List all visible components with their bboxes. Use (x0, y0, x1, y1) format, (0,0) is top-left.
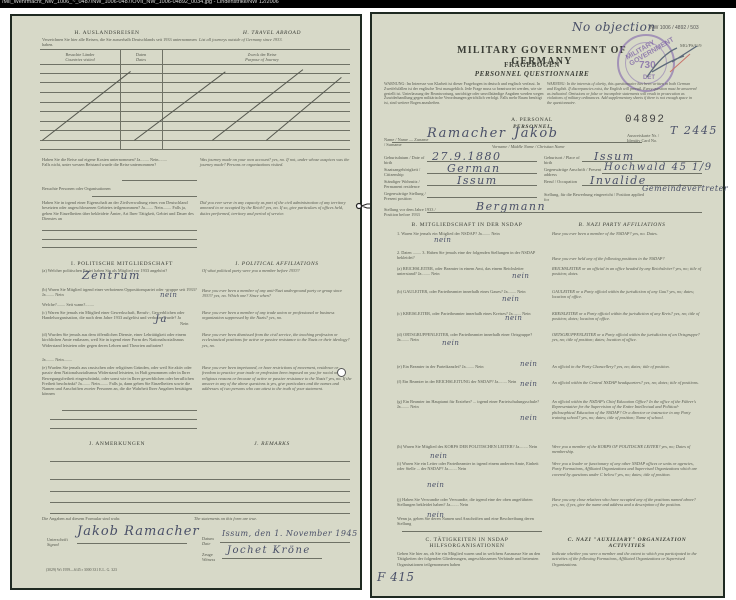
answer-b3g: nein (520, 414, 537, 422)
question-b3d-en: ORTSGRUPPENLEITER or a Party official wi… (552, 332, 702, 343)
occupation-label: Beruf / Occupation (544, 179, 584, 184)
address-value: Hochwald 45 1/9 (604, 162, 713, 173)
question-b3i-de: (i) Waren Sie ein Leiter oder Parteibeam… (397, 461, 542, 472)
section-a-title-de: A. PERSONAL (492, 117, 572, 123)
question-id-en: Have you ever been dismissed from the ci… (202, 332, 352, 348)
answer-b3e: nein (520, 360, 537, 368)
question-b1-en: Have you ever been a member of the NSDAP… (552, 231, 702, 236)
question-id-de: (d) Wurden Sie jemals aus dem öffentlich… (42, 332, 197, 348)
form-subtitle-de: FRAGEBOGEN (482, 61, 582, 69)
own-account-question-de: Haben Sie die Reise auf eigene Kosten un… (42, 157, 172, 168)
answer-b1: nein (434, 236, 451, 244)
question-b3f-en: An official within the Central NSDAP hea… (552, 380, 702, 385)
section-c-intro-de: Geben Sie hier an, ob Sie ein Mitglied w… (397, 551, 542, 567)
question-b3h-de: (h) Waren Sie Mitglied des KORPS DER POL… (397, 444, 542, 449)
question-b3e-en: An official in the Party Chancellery? ye… (552, 364, 702, 369)
section-c-title-de: C. TÄTIGKEITEN IN NSDAP HILFSORGANISATIO… (397, 537, 537, 549)
answer-ic: Ja (155, 314, 168, 325)
warning-text-en: WARNING: In the interests of clarity, th… (547, 82, 697, 106)
window-titlebar: /Mil_Wehrmacht_NW_1006_~_0487/NW_1006-04… (0, 0, 736, 8)
visited-persons-label: Besuchte Personen oder Organisationen (42, 186, 122, 191)
question-b3d-de: (d) ORTSGRUPPENLEITER, oder Parteibeamte… (397, 332, 542, 343)
truth-statement-en: The statements on this form are true. (194, 516, 344, 521)
col-countries: Besuchte LänderCountries visited (50, 52, 110, 63)
section-h-title-en: H. TRAVEL ABROAD (212, 30, 332, 36)
section-j-title-en: J. REMARKS (232, 441, 312, 447)
answer-b3b: nein (502, 295, 519, 303)
question-ia-en: Of what political party were you a membe… (202, 268, 352, 273)
question-b3j-de: (j) Haben Sie Verwandte oder Verwandte, … (397, 497, 542, 508)
question-b3j-en: Have you any close relatives who have oc… (552, 497, 702, 508)
questionnaire-back-page: H. AUSLANDSREISEN H. TRAVEL ABROAD Verze… (10, 14, 362, 590)
question-b3c-en: KREISLEITER or a Party official within t… (552, 311, 702, 322)
section-c-title-en: C. NAZI "AUXILIARY" ORGANIZATION ACTIVIT… (552, 537, 702, 549)
punch-hole (337, 368, 346, 377)
section-h-intro-de: Verzeichnen Sie hier alle Reisen, die Si… (42, 37, 202, 48)
question-ie-en: Have you ever been imprisoned, or have r… (202, 365, 352, 391)
answer-b3d: nein (442, 339, 459, 347)
question-ic-de: (c) Waren Sie jemals ein Mitglied einer … (42, 310, 197, 321)
question-b2-de: 2. Daten ........ 3. Haben Sie jemals ei… (397, 250, 542, 261)
reference-number: NW 1006 / 4892 / 503 (650, 26, 699, 31)
civil-admin-question-en: Did you ever serve in any capacity as pa… (200, 200, 350, 216)
margin-note: F 415 (377, 570, 415, 584)
truth-statement-de: Die Angaben auf diesem Formular sind wah… (42, 516, 192, 521)
signature: Jakob Ramacher (77, 524, 200, 539)
section-c-intro-en: Indicate whether you were a member and t… (552, 551, 702, 567)
section-b-title-de: B. MITGLIEDSCHAFT IN DER NSDAP (397, 222, 537, 228)
section-j-title-de: J. ANMERKUNGEN (72, 441, 162, 447)
date-label: DatumDate (202, 536, 222, 547)
answer-ic-nein: Nein (180, 321, 188, 326)
question-ie-de: (e) Wurden Sie jemals aus rassischen ode… (42, 365, 197, 397)
question-b2-en: Have you ever held any of the following … (552, 256, 702, 261)
question-b3i-en: Were you a leader or functionary of any … (552, 461, 702, 477)
print-code: (3029) Wt 1959—6/45 r 3000 331 E.L. G. 3… (46, 568, 196, 573)
dob-label: Geburtsdatum / Date of birth (384, 155, 429, 166)
handwritten-no-objection: No objection (572, 20, 656, 34)
applied-position-label: Stellung, für die Bewerbung eingereicht … (544, 192, 644, 203)
question-b1-de: 1. Waren Sie jemals ein Mitglied der NSD… (397, 231, 542, 236)
form-subtitle-en: PERSONNEL QUESTIONNAIRE (452, 70, 612, 78)
answer-b3h: nein (430, 452, 447, 460)
answer-b3a: nein (512, 272, 529, 280)
given-name-value: Jakob (514, 126, 559, 141)
witness-value: Jochet Kröne (227, 545, 311, 556)
serial-number: 04892 (625, 114, 666, 126)
surname-value: Ramacher (427, 126, 506, 141)
question-ic-en: Have you ever been a member of any trade… (202, 310, 352, 321)
questionnaire-front-page: No objection NW 1006 / 4892 / 503 MG/PS/… (370, 12, 725, 598)
question-id-yn: Ja........ Nein........ (42, 357, 72, 362)
question-b3b-en: GAULEITER or a Party official within the… (552, 289, 702, 300)
section-h-intro-en: List all journeys outside of Germany sin… (199, 37, 349, 42)
id-card-label: Ausweiskarte Nr. / Identity Card No. (627, 133, 672, 144)
col-purpose: Zweck der ReisePurpose of Journey (212, 52, 312, 63)
answer-b3f: nein (520, 380, 537, 388)
question-b3b-de: (b) GAULEITER, oder Parteibeamter innerh… (397, 289, 542, 294)
answer-b3c: nein (505, 314, 522, 322)
answer-ia-party: Zentrum (82, 269, 141, 282)
answer-ib: nein (160, 291, 177, 299)
signature-scribble-icon (642, 42, 702, 82)
section-b-title-en: B. NAZI PARTY AFFILIATIONS (552, 222, 692, 228)
own-account-question-en: Was journey made on your own account? ye… (200, 157, 350, 168)
question-b3h-en: Were you a member of the KORPS OF POLITI… (552, 444, 702, 455)
if-yes-instruction: Wenn ja, geben Sie deren Namen und Ansch… (397, 516, 542, 527)
answer-b3i: nein (427, 481, 444, 489)
warning-text-de: WARNUNG: Im Interesse von Klarheit ist d… (384, 82, 544, 106)
given-name-label: Vorname / Middle Name / Christian Name (492, 144, 612, 149)
question-ib-which: Welche?........ Seit wann?........ (42, 302, 197, 307)
col-dates: DatenDates (124, 52, 158, 63)
signed-label: UnterschriftSigned (47, 537, 77, 548)
question-ib-en: Have you ever been a member of any anti-… (202, 288, 352, 299)
question-b3a-en: REICHSLEITER or an official in an office… (552, 266, 702, 277)
window-title: /Mil_Wehrmacht_NW_1006_~_0487/NW_1006-04… (2, 0, 279, 5)
citizenship-label: Staatsangehörigkeit / Citizenship (384, 167, 429, 178)
section-i-title-de: I. POLITISCHE MITGLIEDSCHAFT (52, 261, 192, 267)
id-card-value: T 2445 (670, 124, 718, 137)
section-h-title-de: H. AUSLANDSREISEN (52, 30, 162, 36)
civil-admin-question-de: Haben Sie in irgend einer Eigenschaft an… (42, 200, 197, 221)
question-b3g-de: (g) Ein Beamter im Hauptamt für Erzieher… (397, 399, 542, 410)
witness-label: ZeugeWitness (202, 552, 222, 563)
date-value: Issum, den 1. November 1945 (222, 529, 358, 538)
section-i-title-en: I. POLITICAL AFFILIATIONS (207, 261, 347, 267)
applied-position-value: Gemeindevertreter (642, 184, 728, 193)
pob-label: Geburtsort / Place of birth (544, 155, 584, 166)
question-b3g-en: An official within the NSDAP's Chief Edu… (552, 399, 702, 420)
